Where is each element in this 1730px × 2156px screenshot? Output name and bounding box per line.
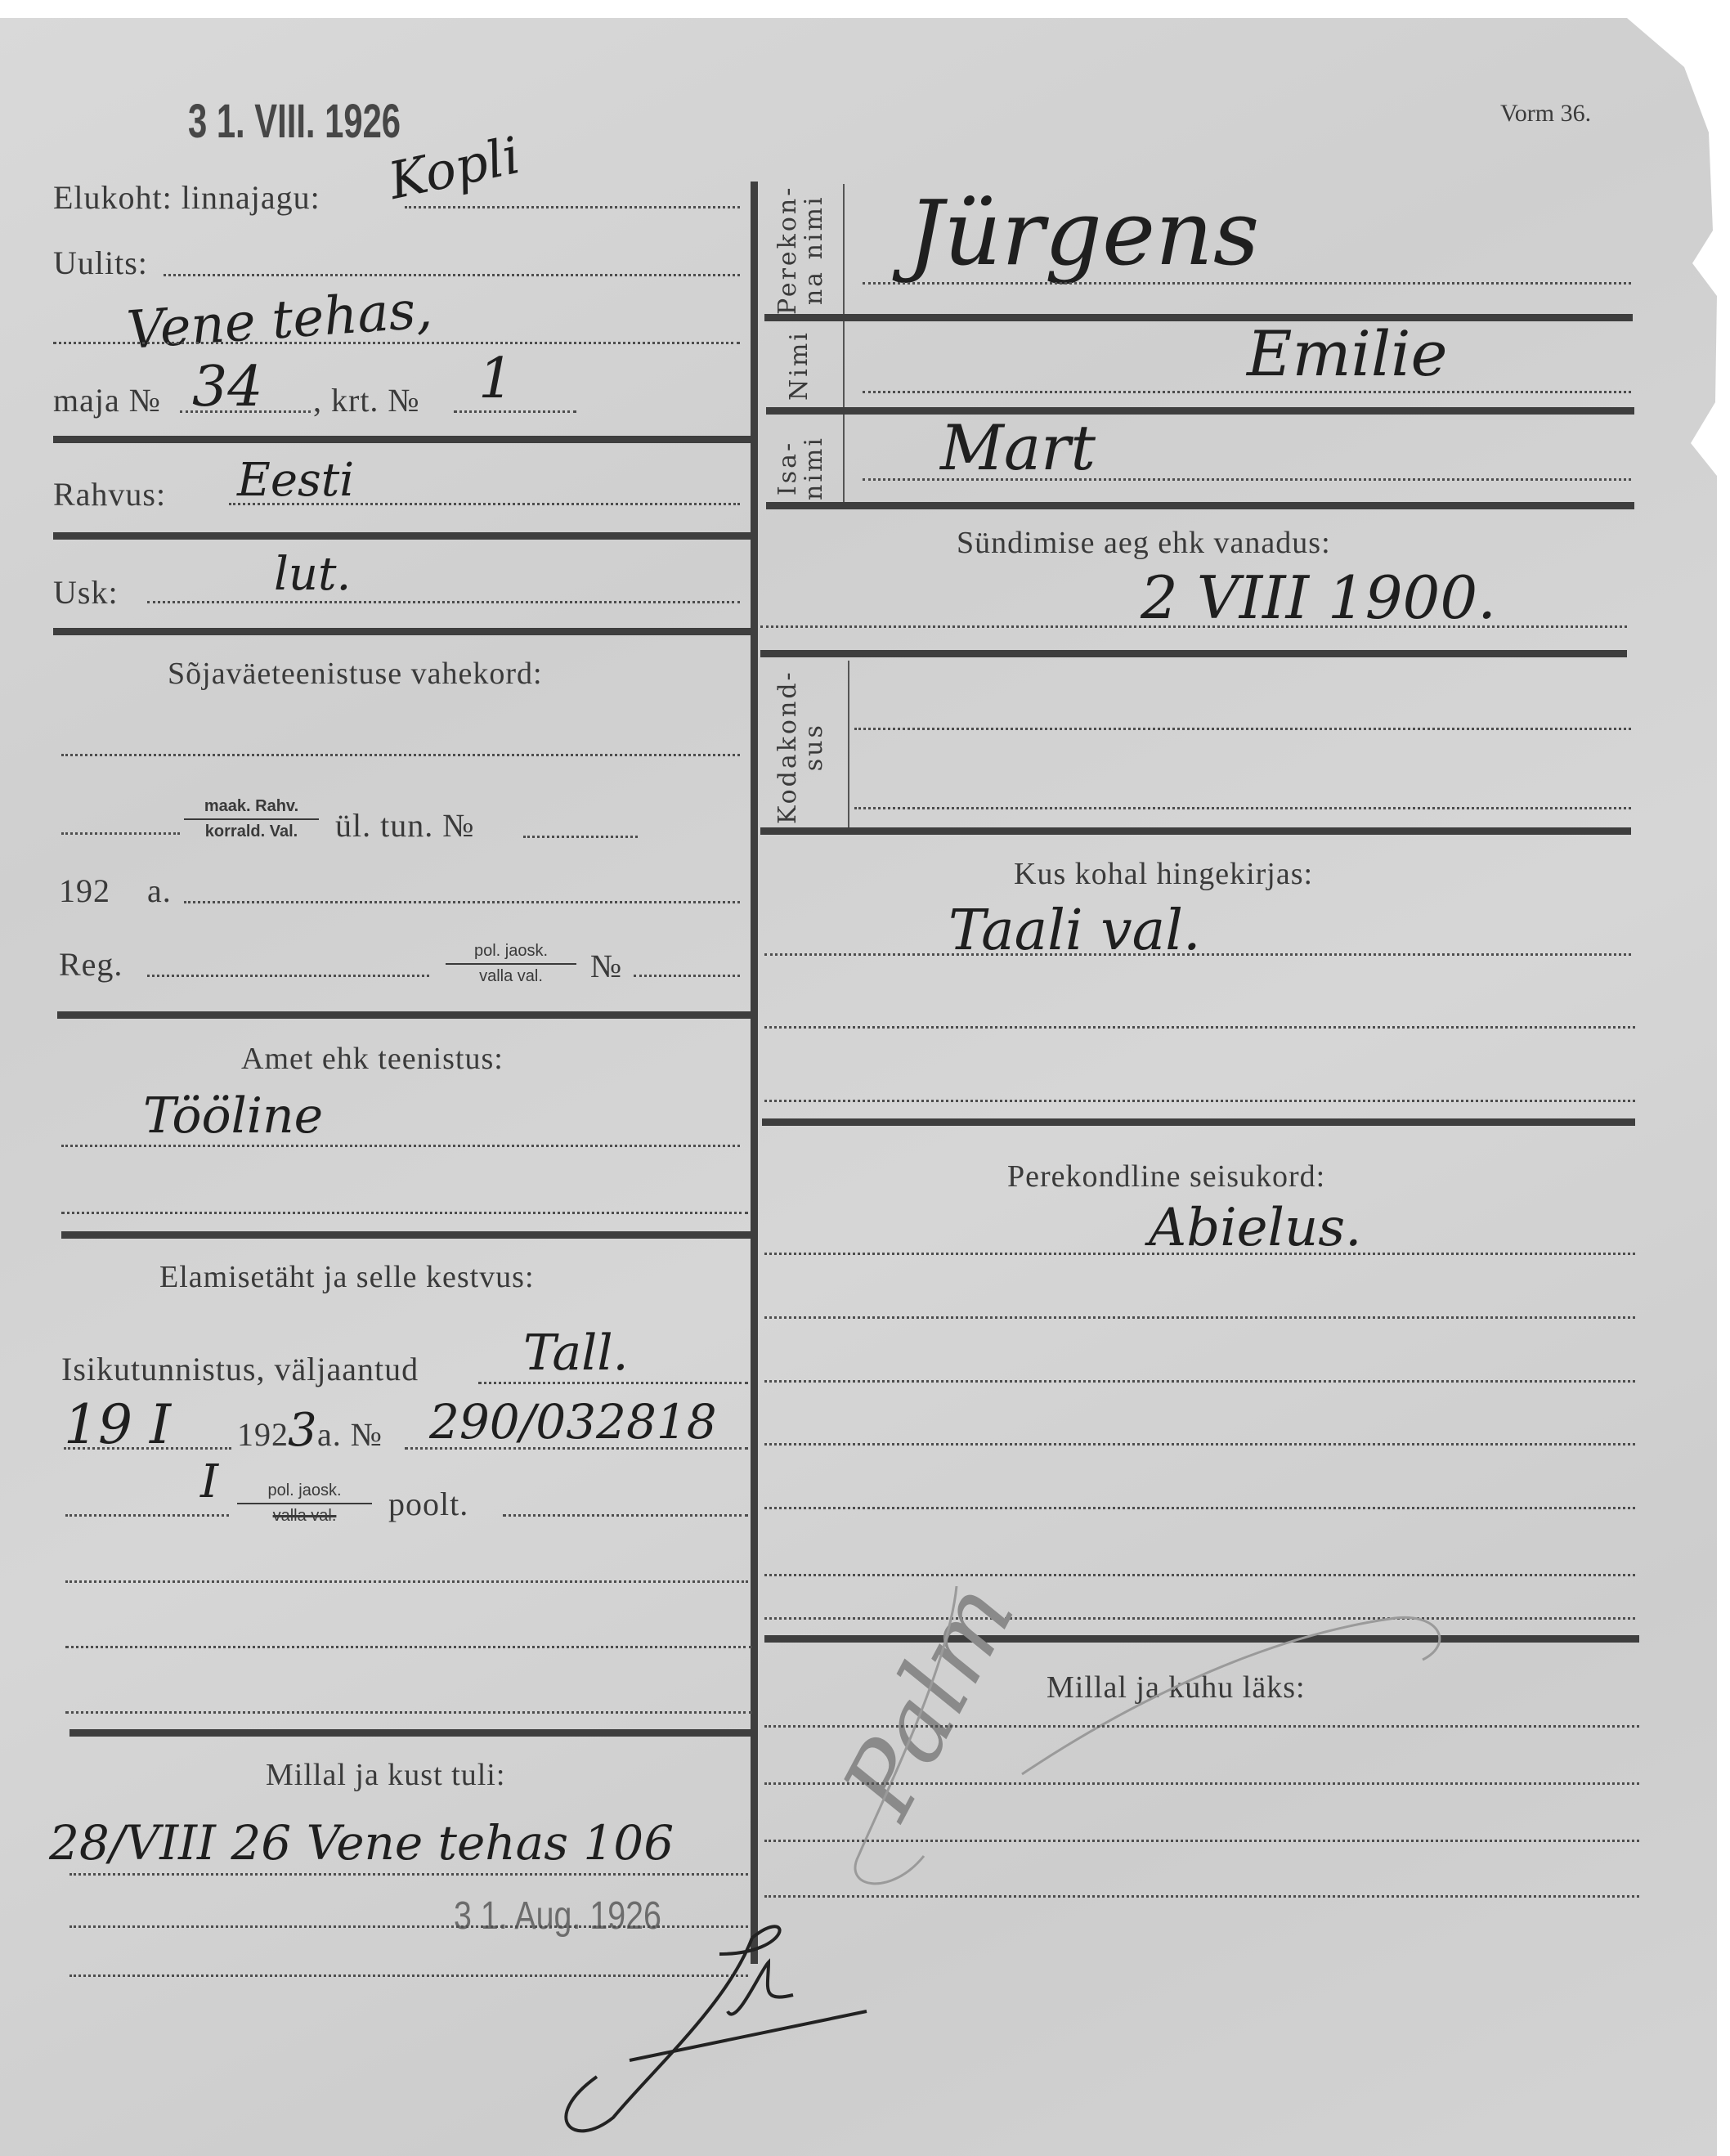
street-dotted-line-2 (53, 342, 740, 344)
id-frac-top: pol. jaosk. (237, 1481, 372, 1500)
occupation-dotted-line-2 (61, 1212, 748, 1214)
departure-dotted-line-1 (764, 1725, 1639, 1728)
nationality-dotted-line (229, 503, 740, 505)
id-office-dotted-line (65, 1514, 229, 1517)
military-frac-bottom: korrald. Val. (184, 823, 319, 841)
arrival-dotted-line-1 (69, 1873, 748, 1876)
citizenship-label: Kodakond- sus (775, 670, 827, 824)
divider-rule (53, 628, 751, 635)
house-value[interactable]: 34 (192, 360, 263, 415)
street-label: Uulits: (53, 247, 148, 280)
surname-dotted-line (863, 282, 1631, 285)
departure-dotted-line-3 (764, 1840, 1639, 1842)
divider-rule (764, 314, 1633, 321)
residence-label: Elukoht: linnajagu: (53, 182, 320, 214)
marital-dotted-line-5 (764, 1507, 1635, 1509)
nationality-label: Rahvus: (53, 478, 166, 511)
residence-permit-heading: Elamisetäht ja selle kestvus: (159, 1262, 535, 1293)
id-year-digit[interactable]: 3 (288, 1408, 317, 1454)
fraction-bar (184, 818, 319, 820)
military-fraction: maak. Rahv. korrald. Val. (184, 797, 319, 841)
reg-dotted-line (147, 975, 429, 977)
military-frac-top: maak. Rahv. (184, 797, 319, 816)
firstname-label: Nimi (787, 330, 813, 401)
occupation-heading: Amet ehk teenistus: (241, 1043, 504, 1074)
divider-rule (766, 502, 1634, 509)
departure-pencil-flourish (818, 1586, 1553, 1913)
apartment-dotted-line (454, 410, 576, 413)
apartment-label: , krt. № (313, 384, 420, 417)
year-label: 192 (59, 875, 110, 908)
marital-dotted-line-2 (764, 1316, 1635, 1319)
religion-value[interactable]: lut. (274, 552, 351, 598)
religion-dotted-line (147, 601, 740, 603)
id-number[interactable]: 290/032818 (429, 1398, 717, 1446)
reg-fraction: pol. jaosk. valla val. (446, 942, 576, 986)
house-label: maja № (53, 384, 161, 417)
surname-value[interactable]: Jürgens (908, 188, 1259, 278)
id-label: Isikutunnistus, väljaantud (61, 1353, 419, 1386)
marital-value[interactable]: Abielus. (1149, 1202, 1361, 1254)
parish-value[interactable]: Taali val. (948, 903, 1201, 959)
divider-rule (69, 1729, 752, 1737)
firstname-value[interactable]: Emilie (1247, 323, 1447, 385)
occupation-value[interactable]: Tööline (143, 1091, 323, 1141)
father-value[interactable]: Mart (940, 417, 1096, 479)
military-dotted-line (61, 754, 740, 756)
parish-dotted-line-3 (764, 1100, 1635, 1102)
divider-rule (53, 436, 751, 443)
dotted-line (65, 1711, 752, 1714)
birth-heading: Sündimise aeg ehk vanadus: (957, 527, 1331, 558)
reg-label: Reg. (59, 948, 123, 981)
marital-dotted-line-4 (764, 1443, 1635, 1446)
apartment-value[interactable]: 1 (478, 352, 513, 407)
year-dotted-line (184, 901, 740, 903)
military-cert-label: ül. tun. № (335, 809, 474, 842)
parish-dotted-line-2 (764, 1026, 1635, 1029)
departure-dotted-line-2 (764, 1782, 1639, 1785)
reg-frac-bottom: valla val. (446, 967, 576, 986)
marital-dotted-line-1 (764, 1253, 1635, 1255)
dotted-line (65, 1580, 748, 1583)
occupation-dotted-line-1 (61, 1145, 740, 1147)
divider-rule (53, 532, 751, 540)
id-fraction: pol. jaosk. valla val. (237, 1481, 372, 1526)
birth-value[interactable]: 2 VIII 1900. (1141, 568, 1496, 627)
religion-label: Usk: (53, 576, 119, 609)
military-heading: Sõjaväeteenistuse vahekord: (168, 658, 543, 689)
marital-dotted-line-3 (764, 1380, 1635, 1383)
father-dotted-line (863, 478, 1631, 481)
birth-dotted-line (760, 625, 1627, 628)
reg-frac-top: pol. jaosk. (446, 942, 576, 961)
nationality-value[interactable]: Eesti (237, 458, 354, 504)
fraction-bar (446, 963, 576, 965)
firstname-dotted-line (863, 391, 1631, 393)
year-suffix: a. (147, 875, 172, 908)
marital-heading: Perekondline seisukord: (1007, 1161, 1325, 1192)
id-issued-dotted-line (478, 1382, 748, 1384)
reg-no-dotted-line (634, 975, 740, 977)
surname-label: Perekon- na nimi (775, 186, 827, 315)
marital-dotted-line-6 (764, 1574, 1635, 1576)
citizenship-dotted-line-2 (854, 807, 1631, 809)
military-cert-dotted-line (523, 836, 638, 838)
id-by-label: poolt. (388, 1488, 468, 1521)
citizenship-dotted-line-1 (854, 728, 1631, 730)
dotted-line (65, 1646, 752, 1648)
form-number: Vorm 36. (1500, 101, 1591, 126)
divider-rule (760, 650, 1627, 657)
divider-rule (57, 1011, 752, 1019)
id-issued-day[interactable]: 19 I (64, 1398, 171, 1452)
arrival-value[interactable]: 28/VIII 26 Vene tehas 106 (49, 1819, 674, 1867)
divider-rule (760, 827, 1631, 835)
top-date-stamp: 3 1. VIII. 1926 (188, 98, 401, 146)
id-by-dotted-line (503, 1514, 748, 1517)
residence-dotted-line (405, 206, 740, 208)
id-frac-bottom-struck: valla val. (237, 1507, 372, 1526)
id-year-suffix: a. № (317, 1419, 383, 1451)
divider-rule (762, 1118, 1635, 1126)
reg-no-label: № (590, 950, 622, 983)
id-issued-place[interactable]: Tall. (523, 1329, 629, 1378)
fraction-bar (237, 1503, 372, 1504)
arrival-heading: Millal ja kust tuli: (266, 1759, 505, 1791)
parish-heading: Kus kohal hingekirjas: (1014, 858, 1313, 890)
id-number-dotted-line (405, 1447, 748, 1450)
id-day-dotted-line (64, 1447, 231, 1450)
parish-dotted-line-1 (764, 953, 1631, 956)
departure-dotted-line-4 (764, 1895, 1639, 1898)
center-divider (751, 182, 758, 1964)
military-dotted-line-short (61, 832, 180, 835)
label-column-divider (843, 184, 845, 507)
house-dotted-line (180, 410, 311, 413)
divider-rule (766, 407, 1634, 415)
id-year-prefix: 192 (237, 1419, 289, 1451)
father-label: Isa- nimi (775, 436, 827, 500)
divider-rule (61, 1231, 752, 1239)
signature-flourish (409, 1905, 916, 2150)
label-column-divider (848, 661, 849, 828)
id-office-value[interactable]: I (200, 1459, 218, 1505)
street-dotted-line-1 (164, 274, 740, 276)
